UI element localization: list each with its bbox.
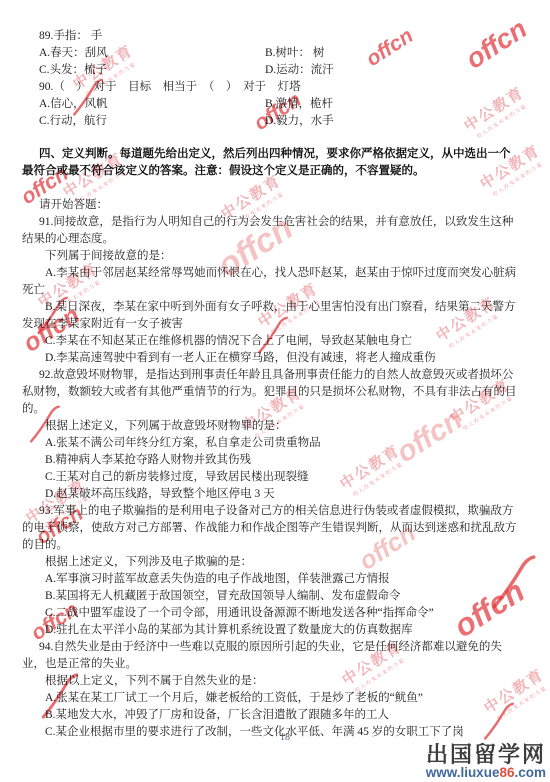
option-row: C.头发：梳子D.运动：流汗	[22, 62, 520, 79]
question-stem: 94.自然失业是由于经济中一些难以克服的原因所引起的失业，它是任何经济都难以避免…	[22, 639, 520, 673]
option-row: C.行动，航行D.毅力，水手	[22, 113, 520, 130]
url-suffix: .com	[514, 765, 546, 780]
url-number: 86	[499, 765, 514, 780]
question-stem: 92.故意毁坏财物罪，是指达到刑事责任年龄且具备刑事责任能力的自然人故意毁灭或者…	[22, 367, 520, 418]
option-line: A.张某在某工厂试工一个月后，嫌老板给的工资低，于是炒了老板的“鱿鱼”	[22, 690, 520, 707]
option-line: 根据上述定义，下列涉及电子欺骗的是：	[22, 554, 520, 571]
page-number: 18	[280, 732, 290, 743]
option-line: C.王某对自己的新房装修过度，导致居民楼出现裂缝	[22, 469, 520, 486]
option-line: B.某地发大水，冲毁了厂房和设备，厂长含泪遣散了跟随多年的工人	[22, 707, 520, 724]
option-cell: B.树叶： 树	[265, 45, 520, 62]
option-cell: A.信心，风帆	[22, 96, 265, 113]
footer-site-url: www.liuxue86.com	[426, 766, 546, 780]
option-line: C.二战中盟军虚设了一个司令部，用通讯设备源源不断地发送各种“指挥命令”	[22, 605, 520, 622]
option-cell: B.激情，桅杆	[265, 96, 520, 113]
question-stem: 93.军事上的电子欺骗指的是利用电子设备对己方的相关信息进行伪装或者虚假模拟，欺…	[22, 503, 520, 554]
spacer	[22, 180, 520, 197]
footer-logo: 出国留学网 www.liuxue86.com	[426, 743, 546, 780]
question-stem: 91.间接故意，是指行为人明知自己的行为会发生危害社会的结果，并有意放任，以致发…	[22, 214, 520, 248]
option-cell: A.春天：刮风	[22, 45, 265, 62]
spacer	[22, 130, 520, 146]
option-row: A.春天：刮风B.树叶： 树	[22, 45, 520, 62]
option-line: B.某国将无人机藏匿于敌国领空，冒充敌国领导人编制、发布虚假命令	[22, 588, 520, 605]
question-stem: 90.（ ） 对于 目标 相当于 （ ） 对于 灯塔	[22, 79, 520, 96]
url-prefix: www.liuxue	[426, 765, 500, 780]
question-stem: 请开始答题：	[22, 197, 520, 214]
question-stem: 89.手指： 手	[22, 28, 520, 45]
option-line: D.赵某破坏高压线路，导致整个地区停电 3 天	[22, 486, 520, 503]
document-body: 89.手指： 手A.春天：刮风B.树叶： 树C.头发：梳子D.运动：流汗90.（…	[22, 28, 520, 741]
option-line: C.李某在不知赵某正在维修机器的情况下合上了电闸，导致赵某触电身亡	[22, 333, 520, 350]
option-line: C.某企业根据市里的要求进行了改制，一些文化水平低、年满 45 岁的女职工下了岗	[22, 724, 520, 741]
option-line: 根据以上定义，下列不属于自然失业的是：	[22, 673, 520, 690]
footer-site-name: 出国留学网	[426, 743, 546, 766]
exam-paper-page: 89.手指： 手A.春天：刮风B.树叶： 树C.头发：梳子D.运动：流汗90.（…	[0, 0, 550, 782]
option-row: A.信心，风帆B.激情，桅杆	[22, 96, 520, 113]
option-line: D.驻扎在太平洋小岛的某部为其计算机系统设置了数量庞大的仿真数据库	[22, 622, 520, 639]
option-line: A.军事演习时蓝军故意丢失伪造的电子作战地图，佯装泄露己方情报	[22, 571, 520, 588]
option-cell: D.毅力，水手	[265, 113, 520, 130]
option-line: B.某日深夜，李某在家中听到外面有女子呼救，由于心里害怕没有出门察看，结果第二天…	[22, 299, 520, 333]
section-heading: 四、定义判断。每道题先给出定义，然后列出四种情况，要求你严格依据定义，从中选出一…	[22, 146, 520, 180]
option-line: B.精神病人李某抢夺路人财物并致其伤残	[22, 452, 520, 469]
option-cell: C.头发：梳子	[22, 62, 265, 79]
option-cell: C.行动，航行	[22, 113, 265, 130]
option-cell: D.运动：流汗	[265, 62, 520, 79]
option-line: D.李某高速驾驶中看到有一老人正在横穿马路，但没有减速，将老人撞成重伤	[22, 350, 520, 367]
option-line: 根据上述定义，下列属于故意毁坏财物罪的是：	[22, 418, 520, 435]
option-line: A.李某由于邻居赵某经常辱骂她而怀恨在心，找人恐吓赵某，赵某由于惊吓过度而突发心…	[22, 265, 520, 299]
option-line: 下列属于间接故意的是：	[22, 248, 520, 265]
option-line: A.张某不满公司年终分红方案，私自拿走公司贵重物品	[22, 435, 520, 452]
